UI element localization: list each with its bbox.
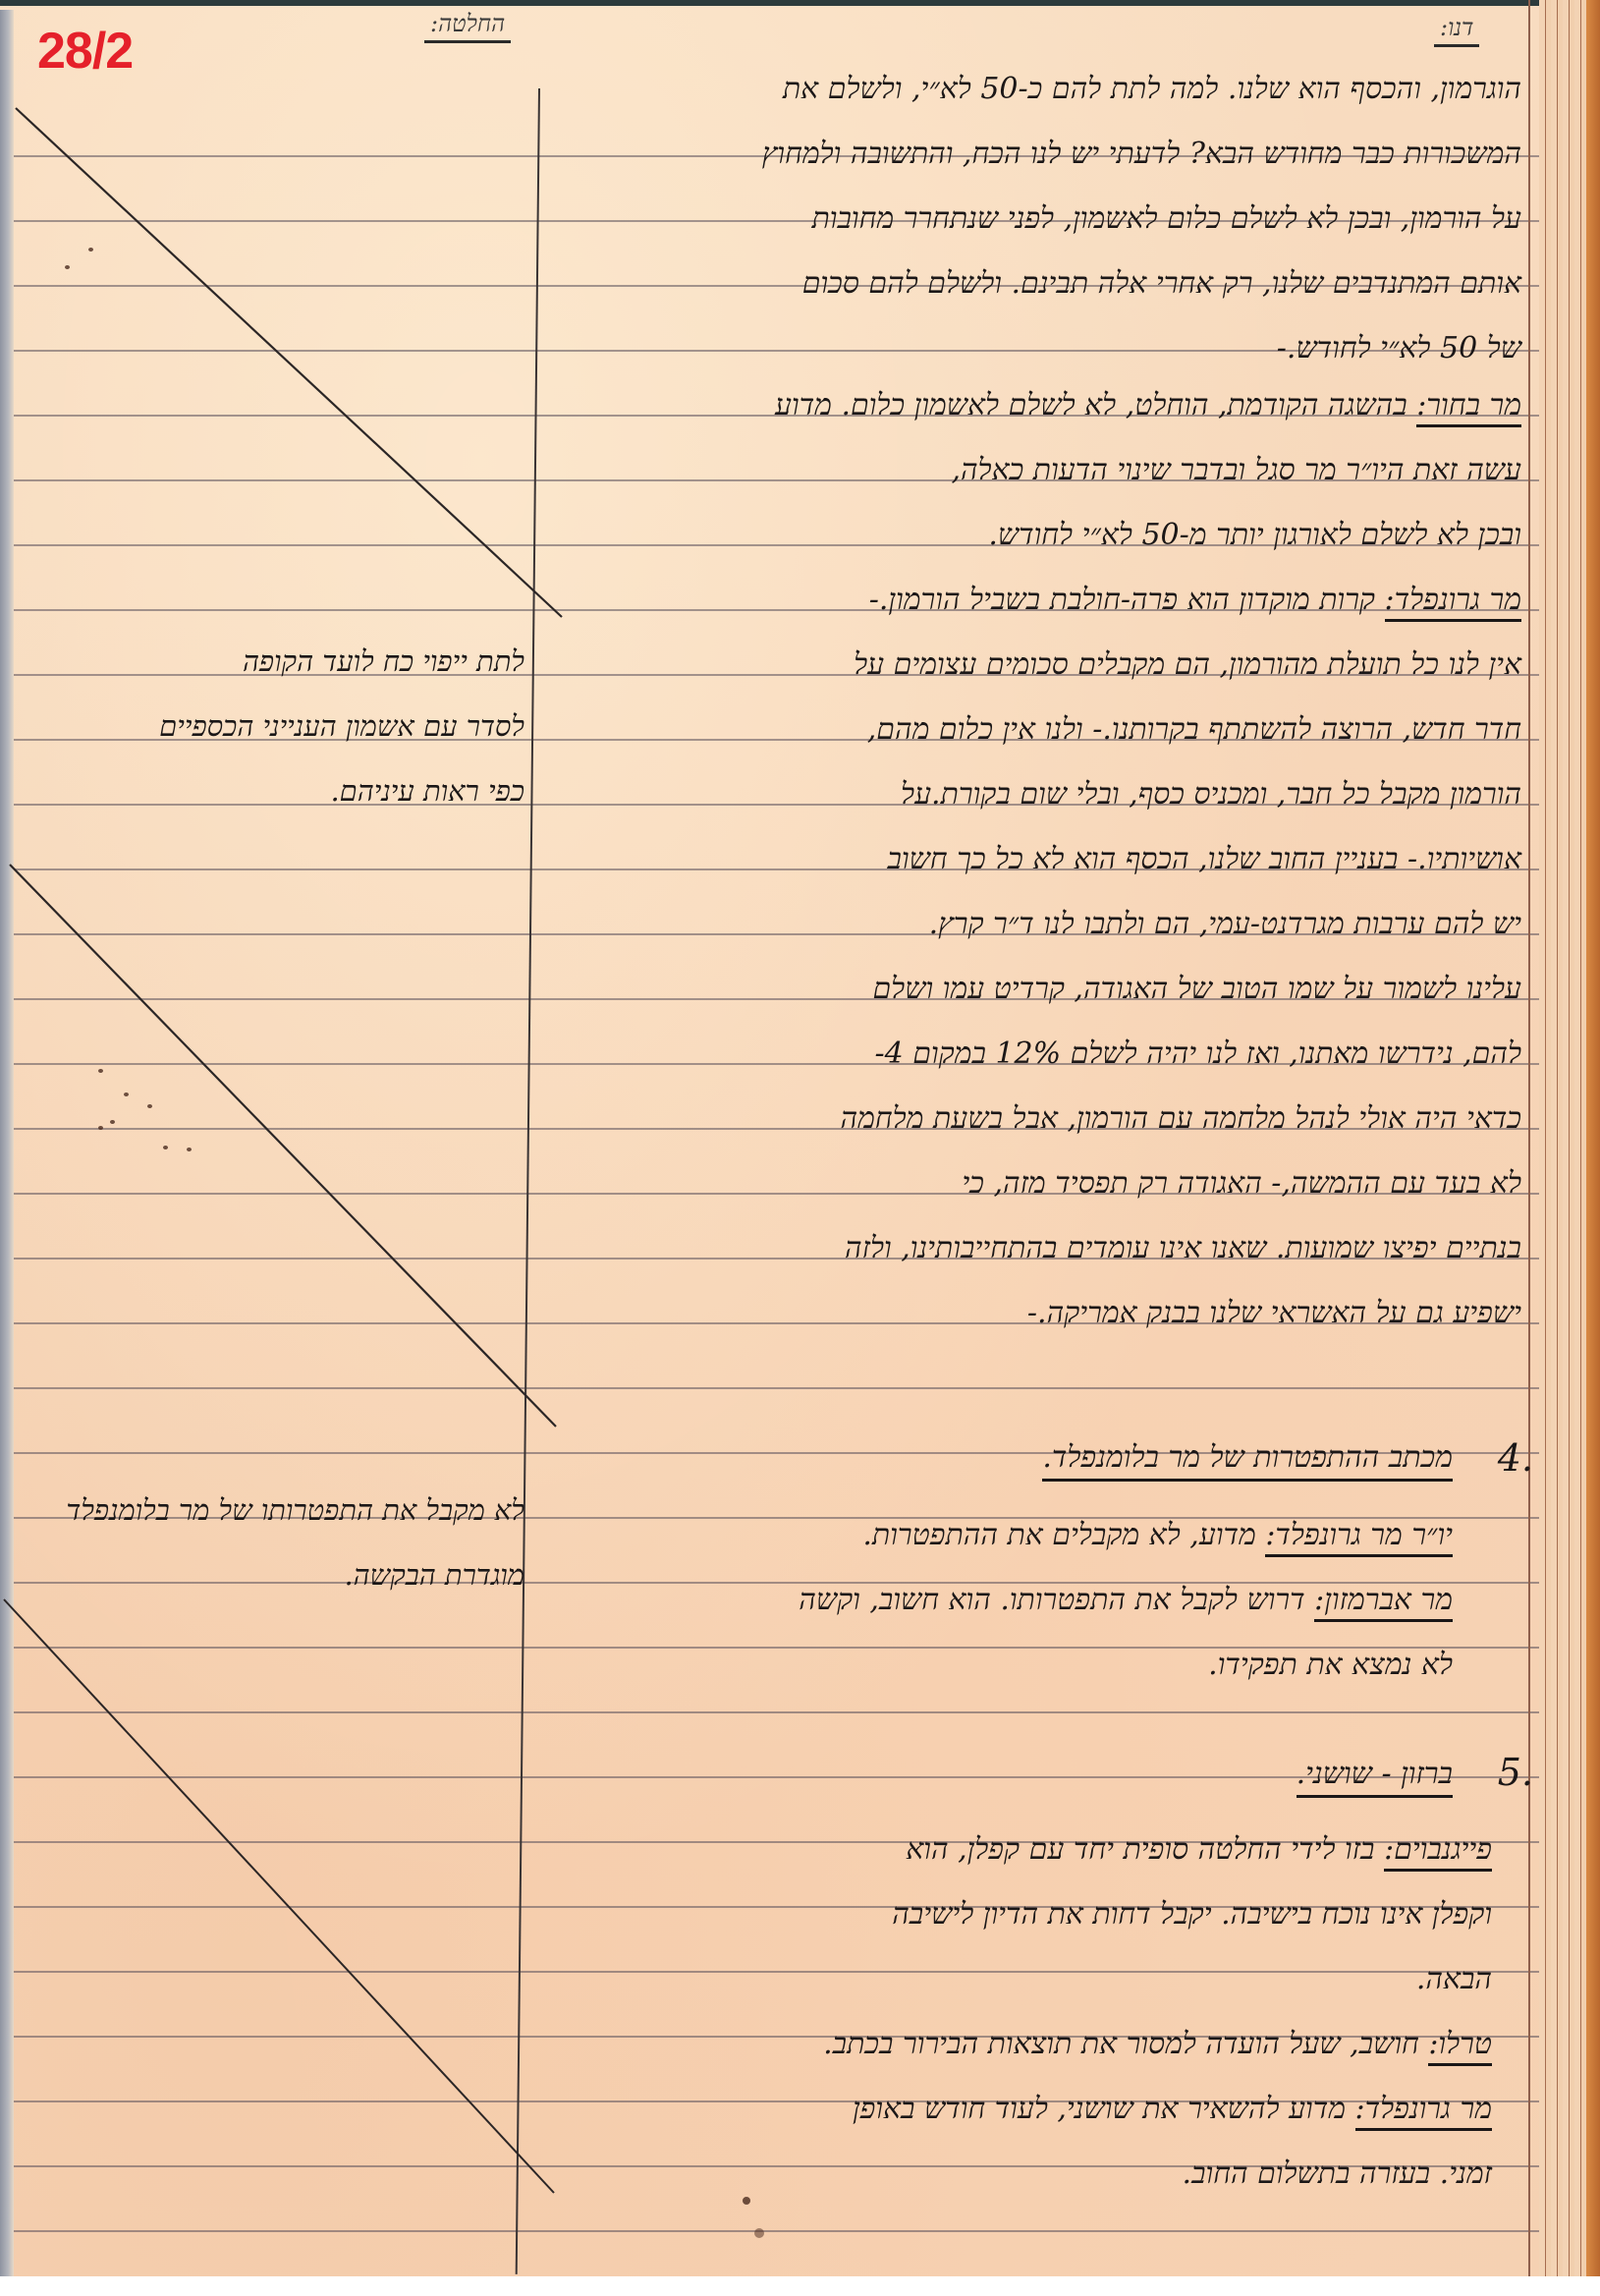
item-title: ברזון - שושני. — [1297, 1757, 1453, 1798]
text-line: של 50 לא״י לחודש.- — [559, 316, 1521, 381]
text-line: דרוש לקבל את התפטרותו. הוא חשוב, וקשה — [799, 1583, 1304, 1617]
text-line: עשה זאת היו״ר מר סגל ובדבר שינוי הדעות כ… — [559, 438, 1521, 503]
text-line: להם, נידרשו מאתנו, ואז לנו יהיה לשלם 12%… — [559, 1022, 1521, 1087]
text-line: ישפיע גם על האשראי שלנו בבנק אמריקה.- — [559, 1281, 1521, 1346]
discussion-continued-block: הוגרמון, והכסף הוא שלנו. למה לתת להם כ-5… — [559, 57, 1521, 381]
text-line: בנתיים יפיצו שמועות. שאנו אינו עומדים בה… — [559, 1216, 1521, 1281]
scanned-page: 28/2 החלטה: דנו: הוגרמון, והכסף הוא שלנו… — [0, 0, 1600, 2296]
text-line: על הורמון, ובכן לא לשלם כלום לאשמון, לפנ… — [559, 187, 1521, 252]
text-line: הוגרמון, והכסף הוא שלנו. למה לתת להם כ-5… — [559, 57, 1521, 122]
speaker-label: מר אברמזון: — [1314, 1583, 1453, 1622]
speech-bachur: מר בחור: בהשגה הקודמת, הוחלט, לא לשלם לא… — [559, 373, 1521, 568]
text-line: לא נמצא את תפקידו. — [490, 1633, 1453, 1698]
item-title: מכתב ההתפטרות של מר בלומנפלד. — [1042, 1440, 1453, 1482]
text-line: אושיותיו.- בעניין החוב שלנו, הכסף הוא לא… — [559, 827, 1521, 892]
speaker-label: פייגנבוים: — [1384, 1832, 1492, 1872]
page-binding — [1539, 0, 1600, 2296]
resolution-column-header: החלטה: — [424, 10, 511, 43]
text-line: לתת ייפוי כח לועד הקופה — [14, 629, 524, 694]
resolution-gronfeld: לתת ייפוי כח לועד הקופה לסדר עם אשמון הע… — [14, 629, 524, 823]
text-line: כפי ראות עיניהם. — [14, 758, 524, 823]
speaker-label: מר גרונפלד: — [1355, 2092, 1492, 2131]
speech-gronfeld: מר גרונפלד: קרות מוקדון הוא פרה-חולבת בש… — [559, 568, 1521, 1346]
item-number: 4. — [1498, 1436, 1533, 1480]
speaker-label: מר בחור: — [1416, 388, 1521, 427]
text-line: מדוע להשאיר את שושני, לעוד חודש באופן — [853, 2092, 1346, 2126]
text-line: מדוע, לא מקבלים את ההתפטרות. — [862, 1518, 1255, 1552]
text-line: בהשגה הקודמת, הוחלט, לא לשלם לאשמון כלום… — [775, 388, 1407, 422]
text-line: הורמון מקבל כל חבר, ומכניס כסף, ובלי שום… — [559, 762, 1521, 827]
text-line: ובכן לא לשלם לאורגון יותר מ-50 לא״י לחוד… — [559, 503, 1521, 568]
item-5-discussion: פייגנבוים: בזו לידי החלטה סופית יחד עם ק… — [529, 1818, 1492, 2207]
text-line: עלינו לשמור על שמו הטוב של האגודה, קרדיט… — [559, 957, 1521, 1022]
text-line: הבאה. — [529, 1947, 1492, 2012]
item-number: 5. — [1498, 1751, 1533, 1794]
text-line: קרות מוקדון הוא פרה-חולבת בשביל הורמון.- — [869, 583, 1375, 617]
text-line: בזו לידי החלטה סופית יחד עם קפלן, הוא — [906, 1832, 1374, 1867]
item-4-discussion: יו״ר מר גרונפלד: מדוע, לא מקבלים את ההתפ… — [490, 1503, 1453, 1698]
text-line: המשכורות כבר מחודש הבא? לדעתי יש לנו הכח… — [559, 122, 1521, 187]
text-line: זמני. בעזרה בתשלום החוב. — [529, 2142, 1492, 2207]
scan-top-edge — [0, 0, 1600, 6]
text-line: יש להם ערבות מגרדנט-עמי, הם ולתבו לנו ד״… — [559, 892, 1521, 957]
scan-bottom-edge — [0, 2276, 1600, 2296]
text-line: לא בעד עם ההמשה,- האגודה רק תפסיד מזה, כ… — [559, 1151, 1521, 1216]
discussion-column-header: דנו: — [1434, 14, 1479, 47]
speaker-label: יו״ר מר גרונפלד: — [1265, 1518, 1453, 1557]
text-line: אותם המתנדבים שלנו, רק אחרי אלה תבינם. ו… — [559, 252, 1521, 316]
text-line: חדר חדש, הרוצה להשתתף בקרותנו.- ולנו אין… — [559, 698, 1521, 762]
resolution-item-4: לא מקבל את התפטרותו של מר בלומנפלד מוגדר… — [14, 1478, 524, 1607]
speaker-label: טרלו: — [1428, 2027, 1492, 2066]
page-stamp: 28/2 — [37, 22, 133, 81]
text-line: לא מקבל את התפטרותו של מר בלומנפלד — [14, 1478, 524, 1542]
text-line: אין לנו כל תועלת מהורמון, הם מקבלים סכומ… — [559, 633, 1521, 698]
text-line: לסדר עם אשמון הענייני הכספיים — [14, 694, 524, 758]
text-line: וקפלן אינו נוכח בישיבה. יקבל דחות את הדי… — [529, 1882, 1492, 1947]
text-line: מוגדרת הבקשה. — [14, 1542, 524, 1607]
margin-line — [1528, 0, 1530, 2279]
scan-left-edge — [0, 10, 14, 2289]
text-line: חושב, שעל הועדה למסור את תוצאות הבירור ב… — [823, 2027, 1419, 2061]
speaker-label: מר גרונפלד: — [1385, 583, 1521, 622]
text-line: כדאי היה אולי לנהל מלחמה עם הורמון, אבל … — [559, 1087, 1521, 1151]
